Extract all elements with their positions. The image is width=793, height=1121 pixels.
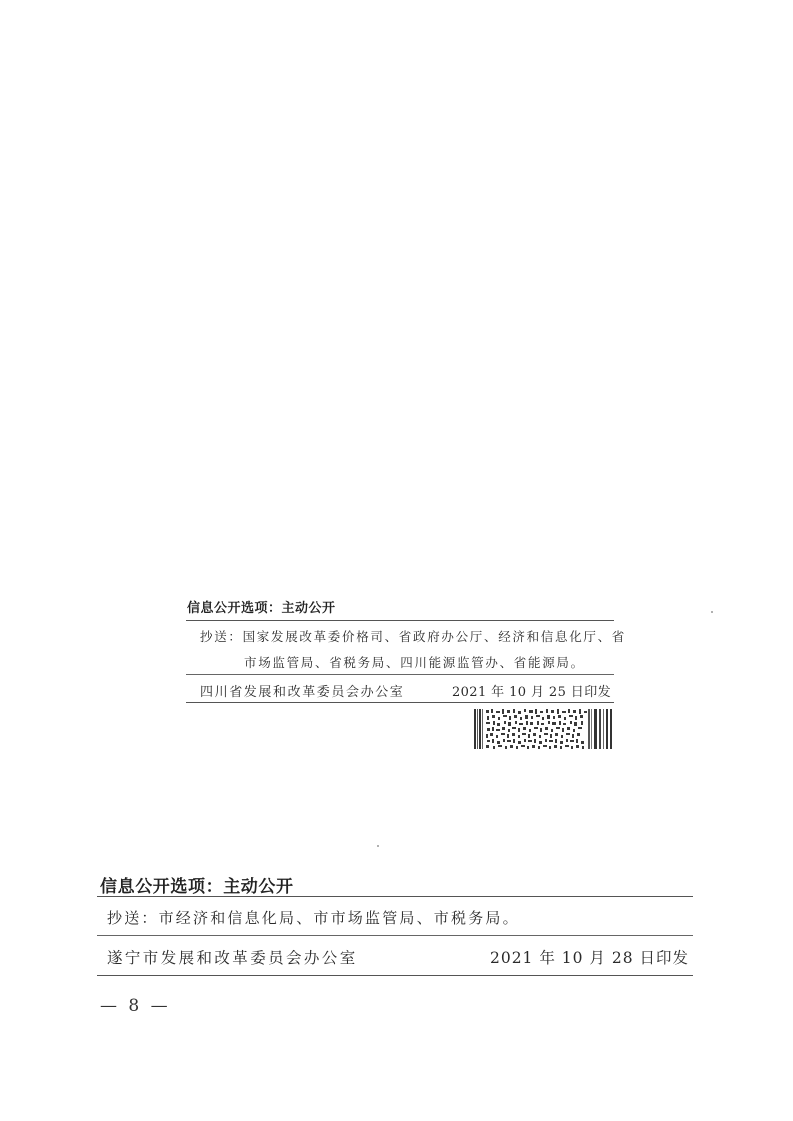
provincial-disclosure-label: 信息公开选项：主动公开 <box>187 597 336 616</box>
city-divider-top <box>97 896 693 897</box>
provincial-issue-date: 2021 年 10 月 25 日印发 <box>452 681 611 700</box>
page-number: — 8 — <box>100 996 171 1016</box>
provincial-issuer: 四川省发展和改革委员会办公室 <box>200 681 404 700</box>
provincial-divider-middle <box>186 674 614 675</box>
scan-speck <box>377 845 379 847</box>
provincial-divider-top <box>186 620 614 621</box>
city-divider-middle <box>97 935 693 936</box>
city-disclosure-label: 信息公开选项：主动公开 <box>100 872 294 897</box>
city-issue-date: 2021 年 10 月 28 日印发 <box>490 946 689 968</box>
scan-speck <box>711 611 713 613</box>
provincial-cc-line-2: 市场监管局、省税务局、四川能源监管办、省能源局。 <box>244 653 585 671</box>
provincial-divider-bottom <box>186 702 614 703</box>
city-issuer: 遂宁市发展和改革委员会办公室 <box>107 946 358 968</box>
pdf417-barcode-icon <box>474 709 612 749</box>
city-cc-line: 抄送：市经济和信息化局、市市场监管局、市税务局。 <box>107 907 520 928</box>
city-divider-bottom <box>97 975 693 976</box>
provincial-cc-line-1: 抄送：国家发展改革委价格司、省政府办公厅、经济和信息化厅、省 <box>200 627 626 645</box>
